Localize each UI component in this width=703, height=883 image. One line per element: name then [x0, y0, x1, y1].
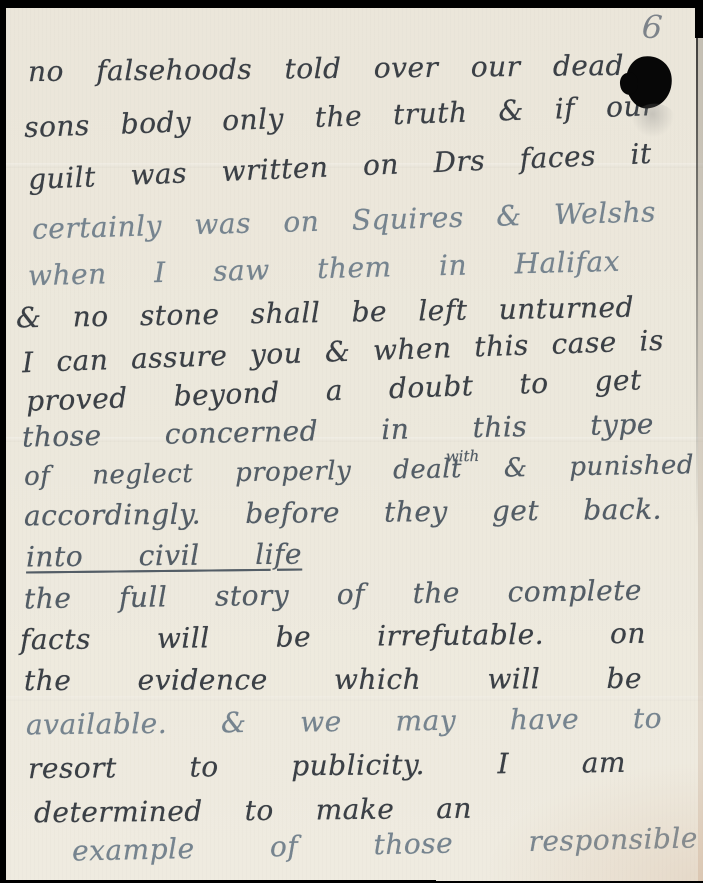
handwritten-line: the evidence which will be [24, 662, 642, 698]
scan-edge-strip [698, 8, 703, 881]
scanned-letter-page: 6 no falsehoods told over our dead sons … [0, 0, 703, 883]
handwritten-line: available. & we may have to [26, 702, 662, 743]
page-number: 6 [641, 7, 665, 46]
handwritten-line: determined to make an [34, 792, 472, 831]
handwritten-line: facts will be irrefutable. on [20, 617, 646, 658]
handwritten-line: sons body only the truth & if our [24, 89, 657, 145]
handwritten-line: when I saw them in Halifax [28, 245, 621, 293]
handwritten-line: guilt was written on Drs faces it [28, 137, 653, 197]
handwritten-line-underlined: into civil life [26, 538, 302, 575]
handwritten-line-text: of neglect properly dealt & punished [24, 450, 694, 492]
letter-paper: 6 no falsehoods told over our dead sons … [6, 8, 703, 881]
handwritten-line: no falsehoods told over our dead [28, 49, 624, 89]
handwritten-line: of neglect properly dealt & punished wit… [24, 448, 694, 494]
scan-border-top-right [695, 0, 703, 38]
interlinear-insertion: with [446, 439, 480, 474]
handwritten-line: certainly was on Squires & Welshs [32, 195, 657, 246]
handwritten-line: the full story of the complete [24, 574, 642, 617]
handwritten-line: resort to publicity. I am [28, 746, 626, 786]
handwritten-line: accordingly. before they get back. [24, 493, 662, 534]
